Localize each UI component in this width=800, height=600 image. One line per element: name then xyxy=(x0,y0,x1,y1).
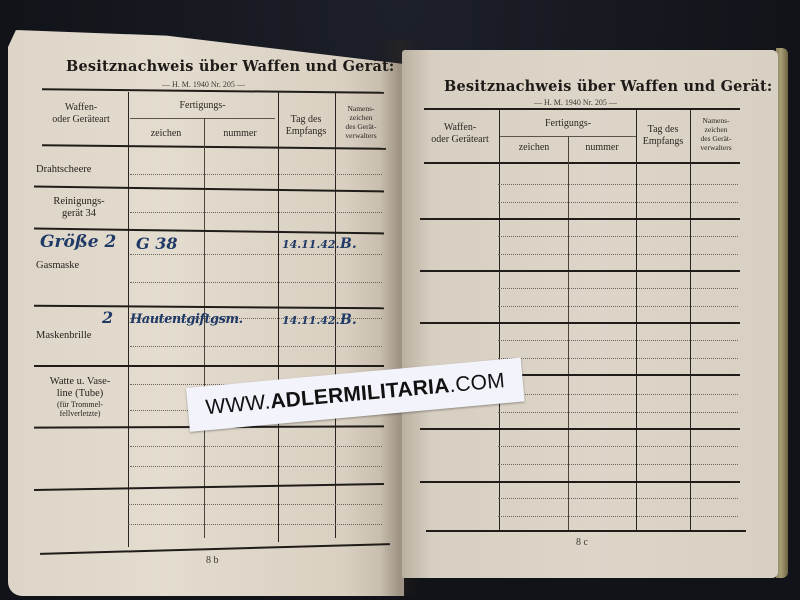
left-col-sign-line2: zeichen xyxy=(350,113,373,122)
right-header-bottom-rule xyxy=(424,162,740,164)
right-dotted-12 xyxy=(498,464,738,465)
right-dotted-6 xyxy=(498,306,738,307)
left-dotted-11 xyxy=(128,504,382,505)
row-label-watte-line3: (für Trommel- xyxy=(34,400,126,409)
left-col-type-header: Waffen- oder Geräteart xyxy=(36,102,126,126)
left-header-sub-rule xyxy=(130,118,275,119)
right-vline-4 xyxy=(690,110,691,530)
row-label-gasmaske: Gasmaske xyxy=(36,260,126,272)
right-row-rule-1 xyxy=(420,218,740,220)
right-dotted-14 xyxy=(498,516,738,517)
handwritten-size: Größe 2 xyxy=(40,232,116,252)
handwritten-gasmaske-zeichen: G 38 xyxy=(136,234,178,253)
handwritten-maskenbrille-sign: B. xyxy=(340,312,357,328)
left-dotted-4 xyxy=(130,282,382,283)
row-label-watte-line2: line (Tube) xyxy=(57,388,104,399)
left-col-date-line2: Empfangs xyxy=(286,126,327,137)
right-row-rule-3 xyxy=(420,322,740,324)
right-col-sign-line3: des Gerät- xyxy=(700,134,731,143)
right-row-rule-6 xyxy=(420,481,740,483)
left-col-sign-line1: Namens- xyxy=(347,104,374,113)
left-dotted-2 xyxy=(130,212,382,213)
right-dotted-4 xyxy=(498,254,738,255)
right-dotted-1 xyxy=(498,184,738,185)
left-col-date-header: Tag des Empfangs xyxy=(278,114,334,138)
handwritten-maskenbrille-qty: 2 xyxy=(102,308,113,327)
right-row-rule-2 xyxy=(420,270,740,272)
right-col-type-line2: oder Geräteart xyxy=(431,134,488,145)
left-dotted-10 xyxy=(130,466,382,467)
row-label-maskenbrille: Maskenbrille xyxy=(36,330,126,342)
row-label-reinigungsgeraet-line1: Reinigungs- xyxy=(53,196,104,207)
left-page-number: 8 b xyxy=(206,555,219,566)
right-col-zeichen-header: zeichen xyxy=(500,142,568,154)
watermark-brand: ADLERMILITARIA xyxy=(269,374,450,414)
right-col-sign-line2: zeichen xyxy=(705,125,728,134)
right-dotted-13 xyxy=(498,498,738,499)
left-col-type-line1: Waffen- xyxy=(65,102,97,113)
row-label-watte-line4: fellverletzte) xyxy=(34,409,126,418)
left-vline-2 xyxy=(204,118,205,538)
left-col-fertigung-header: Fertigungs- xyxy=(130,100,275,112)
left-page-title: Besitznachweis über Waffen und Gerät: xyxy=(66,58,395,75)
right-row-rule-5 xyxy=(420,428,740,430)
right-vline-1 xyxy=(499,110,500,530)
right-vline-2 xyxy=(568,136,569,530)
right-col-sign-header: Namens- zeichen des Gerät- verwalters xyxy=(690,116,742,152)
left-vline-1 xyxy=(128,92,129,547)
handwritten-maskenbrille-date: 14.11.42. xyxy=(282,314,339,327)
left-col-sign-line3: des Gerät- xyxy=(345,122,376,131)
watermark-suffix: .COM xyxy=(448,369,506,398)
right-col-date-header: Tag des Empfangs xyxy=(636,124,690,148)
left-col-sign-line4: verwalters xyxy=(345,131,376,140)
left-vline-3 xyxy=(278,92,279,542)
watermark-prefix: WWW. xyxy=(205,390,272,420)
right-col-date-line2: Empfangs xyxy=(643,136,684,147)
right-col-nummer-header: nummer xyxy=(568,142,636,154)
left-col-zeichen-header: zeichen xyxy=(130,128,202,140)
row-label-drahtscheere: Drahtscheere xyxy=(36,164,126,176)
right-col-type-line1: Waffen- xyxy=(444,122,476,133)
right-dotted-9 xyxy=(498,394,738,395)
right-dotted-10 xyxy=(498,412,738,413)
handwritten-gasmaske-sign: B. xyxy=(340,236,357,252)
handwritten-maskenbrille-zeichen: Hautentgiftgsm. xyxy=(130,312,243,327)
left-col-date-line1: Tag des xyxy=(291,114,322,125)
left-dotted-12 xyxy=(128,524,382,525)
handwritten-gasmaske-date: 14.11.42. xyxy=(282,238,339,251)
right-col-fertigung-header: Fertigungs- xyxy=(500,118,636,130)
left-row-rule-4 xyxy=(34,365,384,367)
right-row-rule-7 xyxy=(426,530,746,532)
right-header-top-rule xyxy=(424,108,740,110)
right-col-sign-line4: verwalters xyxy=(700,143,731,152)
left-page-subtitle: — H. M. 1940 Nr. 205 — xyxy=(162,80,245,89)
right-col-sign-line1: Namens- xyxy=(702,116,729,125)
row-label-watte-line1: Watte u. Vase- xyxy=(50,376,110,387)
right-page-number: 8 c xyxy=(576,537,588,548)
right-vline-3 xyxy=(636,110,637,530)
right-page-title: Besitznachweis über Waffen und Gerät: xyxy=(444,78,773,95)
row-label-reinigungsgeraet: Reinigungs- gerät 34 xyxy=(36,196,122,220)
row-label-reinigungsgeraet-line2: gerät 34 xyxy=(62,208,96,219)
left-dotted-1 xyxy=(130,174,382,175)
right-col-type-header: Waffen- oder Geräteart xyxy=(420,122,500,146)
left-dotted-9 xyxy=(130,446,382,447)
right-dotted-8 xyxy=(498,358,738,359)
row-label-watte: Watte u. Vase- line (Tube) (für Trommel-… xyxy=(34,376,126,418)
right-dotted-11 xyxy=(498,446,738,447)
right-dotted-7 xyxy=(498,340,738,341)
right-col-date-line1: Tag des xyxy=(648,124,679,135)
left-dotted-3 xyxy=(130,254,382,255)
right-dotted-5 xyxy=(498,288,738,289)
right-page-subtitle: — H. M. 1940 Nr. 205 — xyxy=(534,98,617,107)
right-dotted-2 xyxy=(498,202,738,203)
left-col-type-line2: oder Geräteart xyxy=(52,114,109,125)
right-dotted-3 xyxy=(498,236,738,237)
left-col-nummer-header: nummer xyxy=(204,128,276,140)
left-dotted-6 xyxy=(130,346,382,347)
left-col-sign-header: Namens- zeichen des Gerät- verwalters xyxy=(336,104,386,140)
